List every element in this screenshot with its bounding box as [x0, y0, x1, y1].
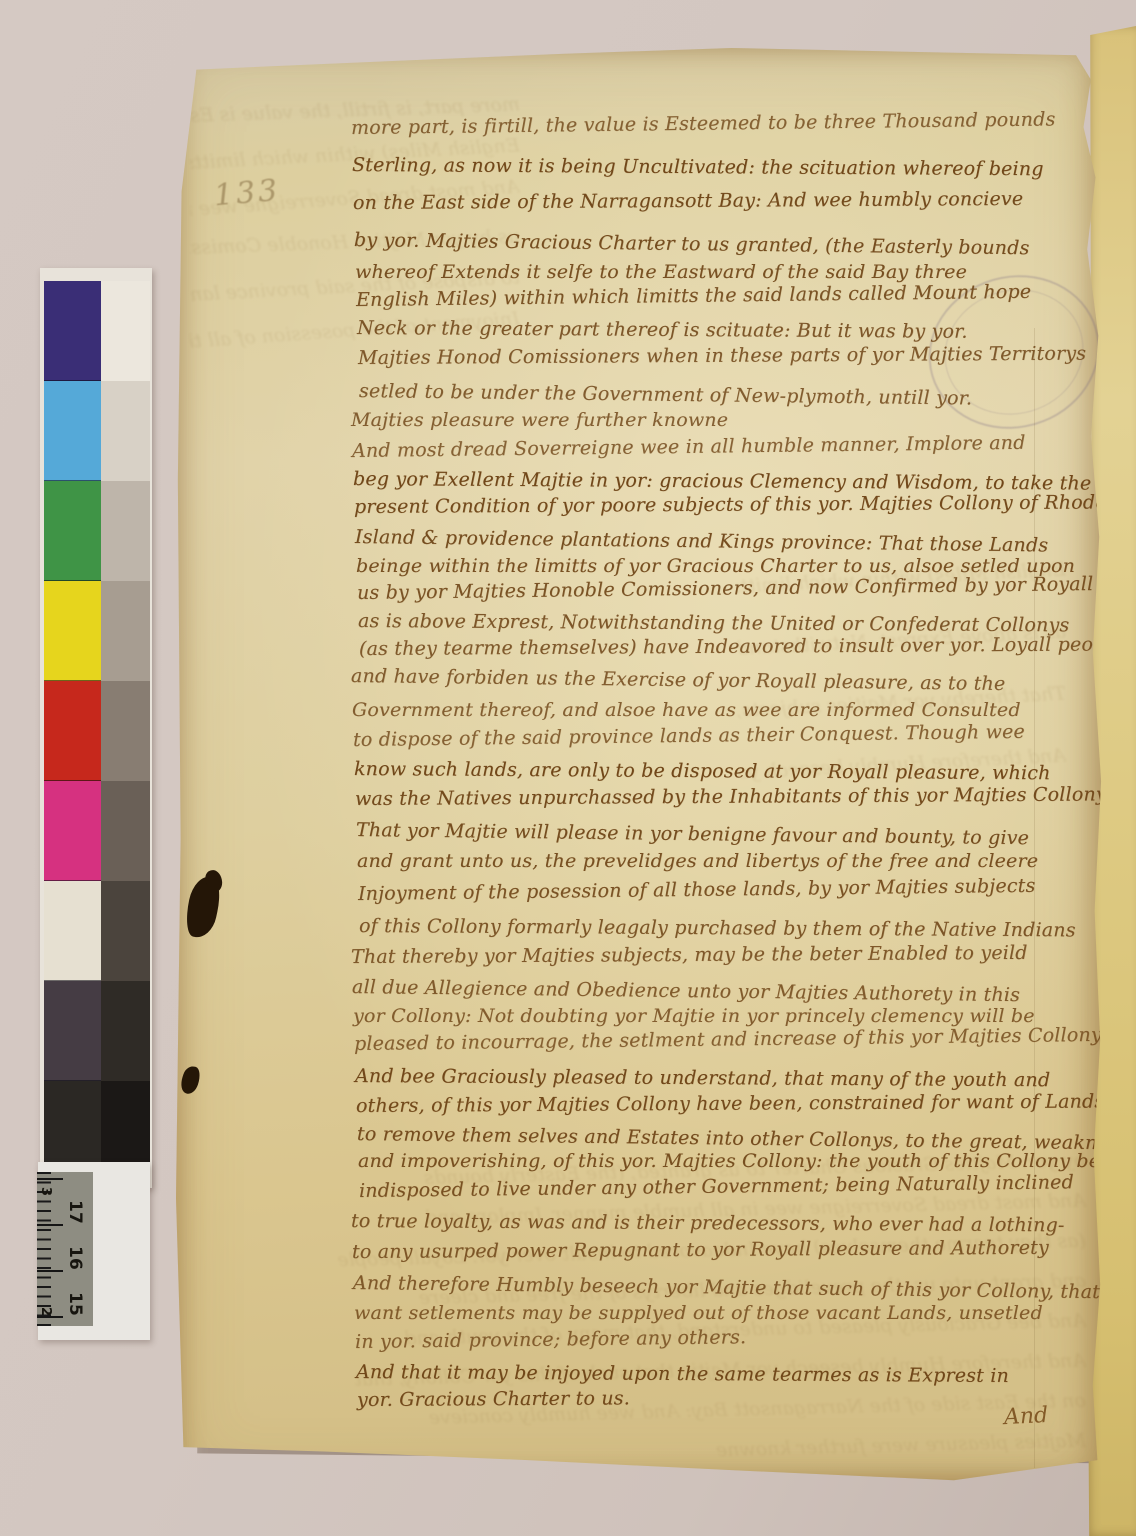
manuscript-line: yor. Gracious Charter to us.: [357, 1388, 630, 1411]
manuscript-line: And that it may be injoyed upon the same…: [356, 1362, 1009, 1387]
manuscript-line: yor Collony: Not doubting yor Majtie in …: [353, 1006, 1035, 1027]
color-patch-green: [44, 481, 101, 581]
gray-step-4: [101, 581, 150, 681]
gray-step-1: [101, 281, 150, 381]
manuscript-line: present Condition of yor poore subjects …: [354, 492, 1113, 518]
manuscript-line: beg yor Exellent Majtie in yor: gracious…: [353, 469, 1091, 494]
manuscript-line: pleased to incourrage, the setlment and …: [354, 1025, 1102, 1055]
manuscript-line: Injoyment of the posession of all those …: [358, 876, 1036, 905]
manuscript-line: and have forbiden us the Exercise of yor…: [351, 666, 1006, 695]
ruler-tick: [37, 1224, 63, 1226]
manuscript-line: was the Natives unpurchassed by the Inha…: [355, 784, 1111, 810]
color-patch-blue: [44, 381, 101, 481]
ruler: 31716152: [37, 1172, 93, 1326]
manuscript-page: more part, is firtill, the value is Este…: [176, 48, 1102, 1486]
manuscript-line: in yor. said province; before any others…: [355, 1327, 746, 1353]
manuscript-line: Sterling, as now it is being Uncultivate…: [352, 155, 1044, 180]
manuscript-line: That yor Majtie will please in yor benig…: [356, 820, 1029, 849]
manuscript-line: setled to be under the Government of New…: [359, 381, 972, 409]
color-patch-magenta: [44, 781, 101, 881]
color-patch-red: [44, 681, 101, 781]
manuscript-line: us by yor Majties Honoble Comissioners, …: [357, 573, 1136, 604]
color-patch-yellow: [44, 581, 101, 681]
ink-blot: [178, 1064, 203, 1096]
manuscript-line: want setlements may be supplyed out of t…: [354, 1303, 1043, 1324]
ruler-tick: [37, 1178, 63, 1180]
manuscript-line: others, of this yor Majties Collony have…: [356, 1091, 1104, 1116]
manuscript-line: (as they tearme themselves) have Indeavo…: [359, 634, 1123, 660]
grayscale-column: [101, 281, 150, 1181]
manuscript-line: to dispose of the said province lands as…: [353, 722, 1025, 751]
manuscript-line: to any usurped power Repugnant to yor Ro…: [352, 1238, 1049, 1263]
color-patch-column: [44, 281, 101, 1181]
gray-step-5: [101, 681, 150, 781]
manuscript-line: and grant unto us, the prevelidges and l…: [357, 851, 1038, 872]
color-patch-dark-gray: [44, 981, 101, 1081]
manuscript-line: Government thereof, and alsoe have as we…: [352, 700, 1021, 721]
manuscript-line: Island & providence plantations and King…: [355, 527, 1049, 556]
manuscript-line: on the East side of the Narragansott Bay…: [353, 189, 1023, 214]
ruler-number: 2: [38, 1307, 53, 1316]
ruler-number: 3: [38, 1187, 53, 1196]
gray-step-7: [101, 881, 150, 981]
ruler-tick: [37, 1270, 63, 1272]
manuscript-line: to true loyalty, as was and is their pre…: [351, 1211, 1065, 1236]
gray-step-6: [101, 781, 150, 881]
manuscript-line: all due Allegience and Obedience unto yo…: [352, 977, 1020, 1006]
manuscript-line: Majties pleasure were further knowne: [351, 410, 728, 431]
ruler-number: 17: [65, 1200, 85, 1224]
manuscript-line: Majties Honod Comissioners when in these…: [358, 344, 1086, 369]
gray-step-8: [101, 981, 150, 1081]
gray-step-3: [101, 481, 150, 581]
gray-step-2: [101, 381, 150, 481]
ruler-number: 16: [65, 1246, 85, 1270]
color-patch-violet: [44, 281, 101, 381]
manuscript-line: whereof Extends it selfe to the Eastward…: [355, 262, 967, 283]
manuscript-line: by yor. Majties Gracious Charter to us g…: [354, 230, 1030, 259]
manuscript-line: Neck or the greater part thereof is scit…: [357, 318, 968, 343]
folio-number: 133: [213, 173, 282, 214]
manuscript-line: of this Collony formarly leagaly purchas…: [359, 916, 1076, 941]
color-patch-cream: [44, 881, 101, 981]
ruler-number: 15: [65, 1292, 85, 1316]
ruler-tick: [37, 1316, 63, 1318]
manuscript-line: know such lands, are only to be disposed…: [354, 759, 1051, 784]
bleedthrough-text: on the East side of the Narragansott Bay…: [206, 1390, 1086, 1434]
manuscript-line: And bee Graciously pleased to understand…: [355, 1066, 1050, 1091]
manuscript-line: That thereby yor Majties subjects, may b…: [351, 943, 1028, 968]
manuscript-line: as is above Exprest, Notwithstanding the…: [358, 611, 1070, 636]
manuscript-line: and impoverishing, of this yor. Majties …: [358, 1151, 1131, 1172]
manuscript-line: And most dread Soverreigne wee in all hu…: [352, 433, 1026, 462]
catchword: And: [1003, 1403, 1048, 1430]
